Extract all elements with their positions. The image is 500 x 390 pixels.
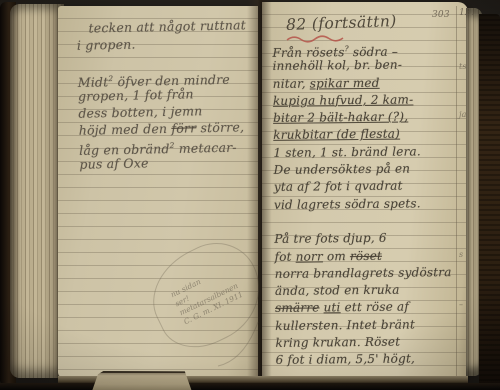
handwriting-line: De undersöktes på en <box>274 160 451 179</box>
margin-rule <box>456 6 457 378</box>
book-gutter <box>247 0 273 384</box>
handwriting-line: ända, stod en kruka <box>275 281 452 300</box>
handwriting-line: Från rösets? södra – <box>272 39 449 58</box>
handwriting-line: norra brandlagrets sydöstra <box>275 264 452 283</box>
handwriting-line: 1 sten, 1 st. bränd lera. <box>273 143 450 162</box>
margin-mark: ja <box>459 110 467 119</box>
left-page-handwriting: tecken att något ruttnati gropen.Midt2 ö… <box>76 16 248 173</box>
handwriting-line: kullersten. Intet bränt <box>275 316 452 335</box>
handwriting-line: vid lagrets södra spets. <box>274 195 451 214</box>
margin-mark: s <box>459 250 463 259</box>
book-clasp <box>88 371 198 390</box>
handwriting-line: krukbitar (de flesta) <box>273 126 450 145</box>
right-page-handwriting: Från rösets? södra –innehöll kol, br. be… <box>272 39 452 369</box>
handwriting-line: smärre uti ett röse af <box>275 299 452 318</box>
handwriting-line: innehöll kol, br. ben- <box>272 56 449 75</box>
section-heading: 82 (fortsättn) <box>286 12 397 34</box>
margin-mark: – <box>459 300 463 309</box>
handwriting-line: På tre fots djup, 6 <box>274 229 451 248</box>
leaf-number: 12. <box>459 8 474 18</box>
handwriting-line: kupiga hufvud, 2 kam- <box>273 91 450 110</box>
table-shadow <box>0 383 500 390</box>
handwriting-line: låg en obränd2 metacar- <box>79 135 249 156</box>
margin-mark: ts <box>459 62 467 71</box>
page-number: 303 <box>432 10 450 20</box>
handwriting-line: fot norr om röset <box>274 247 451 266</box>
handwriting-line <box>274 212 451 231</box>
page-edges-left <box>10 4 64 378</box>
handwriting-line: yta af 2 fot i qvadrat <box>274 177 451 196</box>
handwriting-line: kring krukan. Röset <box>275 333 452 352</box>
book-cover-right-edge <box>479 14 500 390</box>
handwriting-line: tecken att något ruttnat <box>76 16 246 37</box>
handwriting-line: bitar 2 bält-hakar (?), <box>273 108 450 127</box>
handwriting-line: nitar, spikar med <box>273 74 450 93</box>
handwriting-line: 6 fot i diam, 5,5' högt, <box>276 350 453 369</box>
handwriting-line: Midt2 öfver den mindre <box>77 67 247 88</box>
notebook-photo: tecken att något ruttnati gropen.Midt2 ö… <box>0 0 500 390</box>
